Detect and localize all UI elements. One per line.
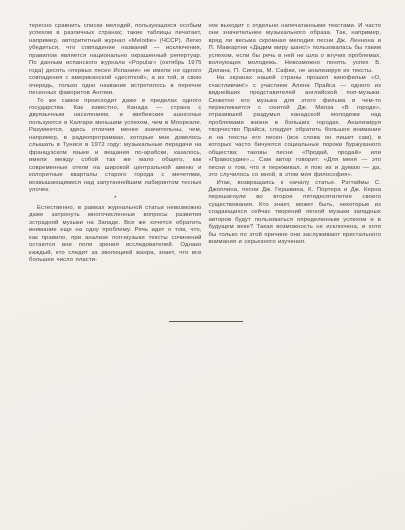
paragraph: На экранах нашей страны прошел кинофильм… [209,75,382,179]
paragraph: Естественно, в рамках журнальной статьи … [29,205,202,265]
paragraph-continuation: нок выходит с отдельно напечатанными тек… [209,23,382,75]
paragraph-continuation: тересно сравнить списки мелодий, пользую… [29,23,202,98]
paragraph: То же самое происходит даже в пределах о… [29,98,202,195]
left-column: тересно сравнить списки мелодий, пользую… [29,23,202,265]
paragraph: Итак, возвращаясь к началу статьи. Рэгта… [209,180,382,247]
scanned-document-page: тересно сравнить списки мелодий, пользую… [0,0,405,530]
text-columns: тересно сравнить списки мелодий, пользую… [29,23,381,265]
right-column: нок выходит с отдельно напечатанными тек… [209,23,382,265]
article-end-rule [169,321,243,322]
section-separator-asterisk: * [29,196,202,202]
